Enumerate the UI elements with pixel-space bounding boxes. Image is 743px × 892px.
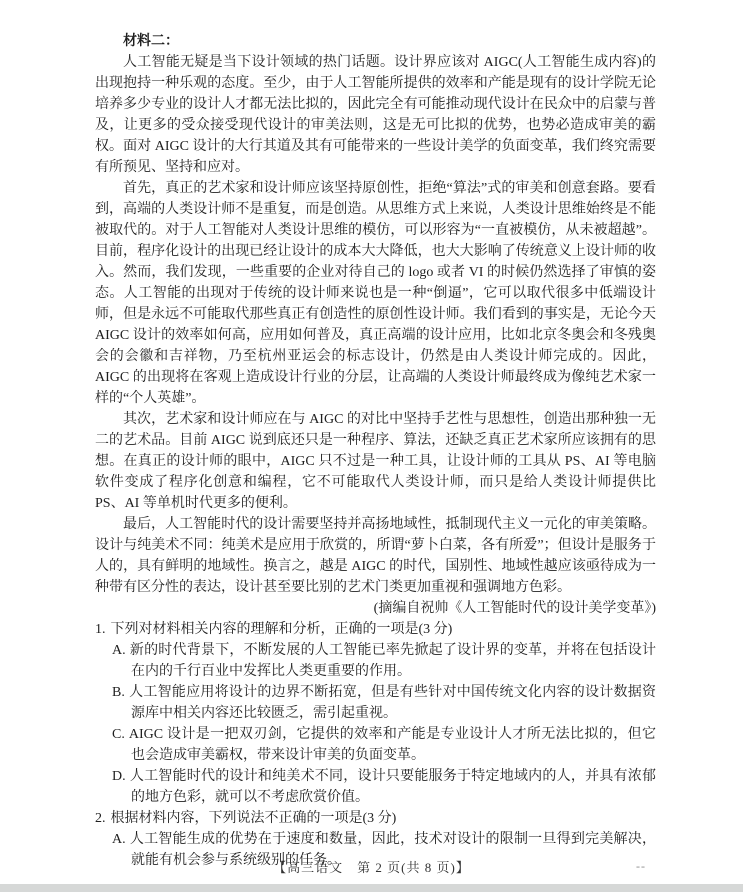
question-1-option-b: B.人工智能应用将设计的边界不断拓宽，但是有些针对中国传统文化内容的设计数据资源…	[95, 682, 656, 724]
option-d-label: D.	[112, 769, 126, 784]
option-d-text: 人工智能时代的设计和纯美术不同，设计只要能服务于特定地域内的人，并具有浓郁的地方…	[130, 769, 656, 805]
option-b-text: 人工智能应用将设计的边界不断拓宽，但是有些针对中国传统文化内容的设计数据资源库中…	[129, 685, 656, 721]
option-a-text: 新的时代背景下，不断发展的人工智能已率先掀起了设计界的变革，并将在包括设计在内的…	[130, 643, 656, 679]
question-1-stem-text: 下列对材料相关内容的理解和分析，正确的一项是(3 分)	[111, 622, 453, 637]
option-c-text: AIGC 设计是一把双刃剑，它提供的效率和产能是专业设计人才所无法比拟的，但它也…	[129, 727, 656, 763]
body-paragraph-3: 其次，艺术家和设计师应在与 AIGC 的对比中坚持手艺性与思想性，创造出那种独一…	[95, 409, 656, 514]
material-heading: 材料二：	[95, 31, 656, 52]
body-paragraph-4: 最后，人工智能时代的设计需要坚持并高扬地域性，抵制现代主义一元化的审美策略。设计…	[95, 514, 656, 598]
question-2-number: 2.	[95, 811, 106, 826]
question-2-stem: 2.根据材料内容，下列说法不正确的一项是(3 分)	[95, 808, 656, 829]
option-a-label: A.	[112, 832, 126, 847]
question-1-option-d: D.人工智能时代的设计和纯美术不同，设计只要能服务于特定地域内的人，并具有浓郁的…	[95, 766, 656, 808]
page-content: 材料二： 人工智能无疑是当下设计领域的热门话题。设计界应该对 AIGC(人工智能…	[95, 31, 656, 871]
body-paragraph-2: 首先，真正的艺术家和设计师应该坚持原创性，拒绝“算法”式的审美和创意套路。要看到…	[95, 178, 656, 409]
question-1-option-c: C.AIGC 设计是一把双刃剑，它提供的效率和产能是专业设计人才所无法比拟的，但…	[95, 724, 656, 766]
question-1-stem: 1.下列对材料相关内容的理解和分析，正确的一项是(3 分)	[95, 619, 656, 640]
question-1-number: 1.	[95, 622, 106, 637]
question-2-stem-text: 根据材料内容，下列说法不正确的一项是(3 分)	[111, 811, 397, 826]
option-a-label: A.	[112, 643, 126, 658]
page-footer: 【高三语文 第 2 页(共 8 页)】	[0, 857, 743, 876]
scan-edge-bar	[0, 884, 743, 892]
margin-mark: --	[636, 859, 646, 874]
question-1-option-a: A.新的时代背景下，不断发展的人工智能已率先掀起了设计界的变革，并将在包括设计在…	[95, 640, 656, 682]
question-1: 1.下列对材料相关内容的理解和分析，正确的一项是(3 分) A.新的时代背景下，…	[95, 619, 656, 808]
source-attribution: (摘编自祝帅《人工智能时代的设计美学变革》)	[95, 598, 656, 619]
option-b-label: B.	[112, 685, 125, 700]
body-paragraph-1: 人工智能无疑是当下设计领域的热门话题。设计界应该对 AIGC(人工智能生成内容)…	[95, 52, 656, 178]
option-c-label: C.	[112, 727, 125, 742]
